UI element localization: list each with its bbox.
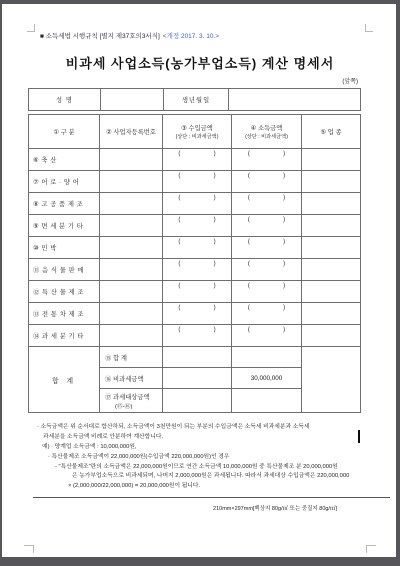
regulation-header: ■ 소득세법 시행규칙 [별지 제37호의3서식]<개정 2017. 3. 10… bbox=[40, 31, 219, 40]
income-cell[interactable]: ( ) bbox=[232, 149, 302, 171]
revenue-cell[interactable]: ( ) bbox=[163, 149, 232, 171]
reg-no-cell[interactable] bbox=[100, 325, 163, 347]
exempt-amount-label: ⑯ 비과세금액 bbox=[100, 368, 163, 389]
industry-cell[interactable] bbox=[302, 171, 361, 193]
industry-cell[interactable] bbox=[302, 325, 361, 347]
crop-mark-bottom-left-icon bbox=[24, 545, 34, 553]
revenue-cell[interactable]: ( ) bbox=[163, 215, 232, 237]
taxable-income-cell[interactable] bbox=[232, 389, 302, 413]
sum-revenue-cell[interactable] bbox=[163, 347, 232, 368]
revenue-cell[interactable]: ( ) bbox=[163, 193, 232, 215]
industry-cell[interactable] bbox=[302, 149, 361, 171]
reg-no-cell[interactable] bbox=[100, 303, 163, 325]
form-title: 비과세 사업소득(농가부업소득) 계산 명세서 bbox=[0, 53, 400, 72]
totals-industry-cell bbox=[302, 347, 361, 413]
table-row: ⑧ 고 공 품 제 조 ( ) ( ) bbox=[29, 193, 361, 215]
income-cell[interactable]: ( ) bbox=[232, 325, 302, 347]
income-cell[interactable]: ( ) bbox=[232, 193, 302, 215]
col-header-income-title: ④ 소득금액 bbox=[232, 123, 301, 132]
name-label: 성 명 bbox=[29, 89, 101, 111]
totals-row-sum: 합 계 ⑮ 합 계 bbox=[29, 347, 361, 368]
crop-mark-top-right-icon bbox=[365, 24, 373, 32]
regulation-text: ■ 소득세법 시행규칙 [별지 제37호의3서식] bbox=[40, 33, 160, 40]
crop-mark-bottom-right-icon bbox=[366, 545, 376, 553]
note-line: - "특산물제조"란의 소득금액은 22,000,000원이므로 연간 소득금액… bbox=[55, 461, 338, 470]
income-cell[interactable]: ( ) bbox=[232, 237, 302, 259]
note-line: 예) · 양계업 소득금액 : 10,000,000원, bbox=[42, 441, 137, 450]
row-label-specialty-goods: ⑫ 특 산 물 제 조 bbox=[29, 281, 100, 303]
front-side-label: (앞쪽) bbox=[300, 76, 358, 85]
income-cell[interactable]: ( ) bbox=[232, 259, 302, 281]
totals-group-label: 합 계 bbox=[29, 347, 100, 413]
row-label-lodging: ⑩ 민 박 bbox=[29, 237, 100, 259]
sum-label: ⑮ 합 계 bbox=[100, 347, 163, 368]
col-header-revenue: ③ 수입금액 (상단 : 비과세금액) bbox=[163, 115, 232, 149]
industry-cell[interactable] bbox=[302, 281, 361, 303]
exempt-amount-value[interactable]: 30,000,000 bbox=[232, 368, 302, 389]
col-header-industry: ⑤ 업 종 bbox=[302, 115, 361, 149]
footer-divider bbox=[33, 497, 390, 498]
reg-no-cell[interactable] bbox=[100, 237, 163, 259]
crop-mark-top-left-icon bbox=[27, 24, 35, 32]
income-cell[interactable]: ( ) bbox=[232, 303, 302, 325]
row-label-exempt-other: ⑨ 면 세 분 기 타 bbox=[29, 215, 100, 237]
col-header-revenue-sub: (상단 : 비과세금액) bbox=[163, 133, 231, 140]
row-label-fishing: ⑦ 어 로 · 양 어 bbox=[29, 171, 100, 193]
note-line: · 소득금액은 위 순서대로 합산하되, 소득금액이 3천만원이 되는 부분의 … bbox=[37, 421, 309, 430]
note-line: 과세분을 소득금액 비례로 안분하여 계산합니다. bbox=[43, 431, 163, 440]
industry-cell[interactable] bbox=[302, 259, 361, 281]
name-input-cell[interactable] bbox=[101, 89, 164, 111]
taxable-revenue-cell[interactable] bbox=[163, 389, 232, 413]
table-row: ⑦ 어 로 · 양 어 ( ) ( ) bbox=[29, 171, 361, 193]
row-label-livestock: ⑥ 축 산 bbox=[29, 149, 100, 171]
note-line: · 특산물제조 소득금액이 22,000,000원(수입금액 220,000,0… bbox=[48, 451, 230, 460]
note-line: × (2,000,000/22,000,000) = 20,000,000원이 … bbox=[68, 480, 200, 489]
row-label-taxable-other: ⑭ 과 세 분 기 타 bbox=[29, 325, 100, 347]
row-label-traditional-tea: ⑬ 전 통 차 제 조 bbox=[29, 303, 100, 325]
table-row: ⑨ 면 세 분 기 타 ( ) ( ) bbox=[29, 215, 361, 237]
table-row: ⑪ 음 식 물 판 매 ( ) ( ) bbox=[29, 259, 361, 281]
document-viewer-frame: ■ 소득세법 시행규칙 [별지 제37호의3서식]<개정 2017. 3. 10… bbox=[0, 0, 400, 566]
note-line: 은 농가부업소득으로 비과세되며, 나머지 2,000,000원은 과세됩니다.… bbox=[72, 470, 349, 479]
revenue-cell[interactable]: ( ) bbox=[163, 325, 232, 347]
col-header-category: ① 구 분 bbox=[29, 115, 100, 149]
table-row: ⑩ 민 박 ( ) ( ) bbox=[29, 237, 361, 259]
paper-spec-footer: 210mm×297mm[백상지 80g/㎡ 또는 중질지 80g/㎡] bbox=[137, 504, 337, 512]
row-label-food-sales: ⑪ 음 식 물 판 매 bbox=[29, 259, 100, 281]
reg-no-cell[interactable] bbox=[100, 171, 163, 193]
table-header-row: ① 구 분 ② 사업자등록번호 ③ 수입금액 (상단 : 비과세금액) ④ 소득… bbox=[29, 115, 361, 149]
taxable-label-line1: ⑰ 과세대상금액 bbox=[105, 392, 162, 401]
industry-cell[interactable] bbox=[302, 237, 361, 259]
col-header-business-reg-no: ② 사업자등록번호 bbox=[100, 115, 163, 149]
birthdate-label: 생년월일 bbox=[164, 89, 229, 111]
table-row: ⑥ 축 산 ( ) ( ) bbox=[29, 149, 361, 171]
revenue-cell[interactable]: ( ) bbox=[163, 237, 232, 259]
reg-no-cell[interactable] bbox=[100, 149, 163, 171]
birthdate-input-cell[interactable] bbox=[229, 89, 361, 111]
income-cell[interactable]: ( ) bbox=[232, 171, 302, 193]
reg-no-cell[interactable] bbox=[100, 193, 163, 215]
reg-no-cell[interactable] bbox=[100, 259, 163, 281]
revision-date: <개정 2017. 3. 10.> bbox=[163, 33, 219, 40]
industry-cell[interactable] bbox=[302, 303, 361, 325]
revenue-cell[interactable]: ( ) bbox=[163, 259, 232, 281]
revenue-cell[interactable]: ( ) bbox=[163, 303, 232, 325]
row-label-straw-goods: ⑧ 고 공 품 제 조 bbox=[29, 193, 100, 215]
taxable-amount-label: ⑰ 과세대상금액 (⑮-⑯) bbox=[100, 389, 163, 413]
taxable-label-formula: (⑮-⑯) bbox=[105, 401, 162, 410]
table-row: ⑭ 과 세 분 기 타 ( ) ( ) bbox=[29, 325, 361, 347]
revenue-cell[interactable]: ( ) bbox=[163, 171, 232, 193]
name-section-table: 성 명 생년월일 bbox=[28, 88, 361, 111]
sum-income-cell[interactable] bbox=[232, 347, 302, 368]
col-header-income: ④ 소득금액 (상단 : 비과세금액) bbox=[232, 115, 302, 149]
table-row: ⑬ 전 통 차 제 조 ( ) ( ) bbox=[29, 303, 361, 325]
income-cell[interactable]: ( ) bbox=[232, 281, 302, 303]
income-calc-table: ① 구 분 ② 사업자등록번호 ③ 수입금액 (상단 : 비과세금액) ④ 소득… bbox=[28, 114, 361, 413]
text-cursor bbox=[358, 430, 360, 443]
industry-cell[interactable] bbox=[302, 215, 361, 237]
col-header-income-sub: (상단 : 비과세금액) bbox=[232, 133, 301, 140]
income-cell[interactable]: ( ) bbox=[232, 215, 302, 237]
reg-no-cell[interactable] bbox=[100, 215, 163, 237]
table-row: ⑫ 특 산 물 제 조 ( ) ( ) bbox=[29, 281, 361, 303]
col-header-revenue-title: ③ 수입금액 bbox=[163, 123, 231, 132]
revenue-cell[interactable]: ( ) bbox=[163, 281, 232, 303]
exempt-revenue-cell[interactable] bbox=[163, 368, 232, 389]
reg-no-cell[interactable] bbox=[100, 281, 163, 303]
industry-cell[interactable] bbox=[302, 193, 361, 215]
